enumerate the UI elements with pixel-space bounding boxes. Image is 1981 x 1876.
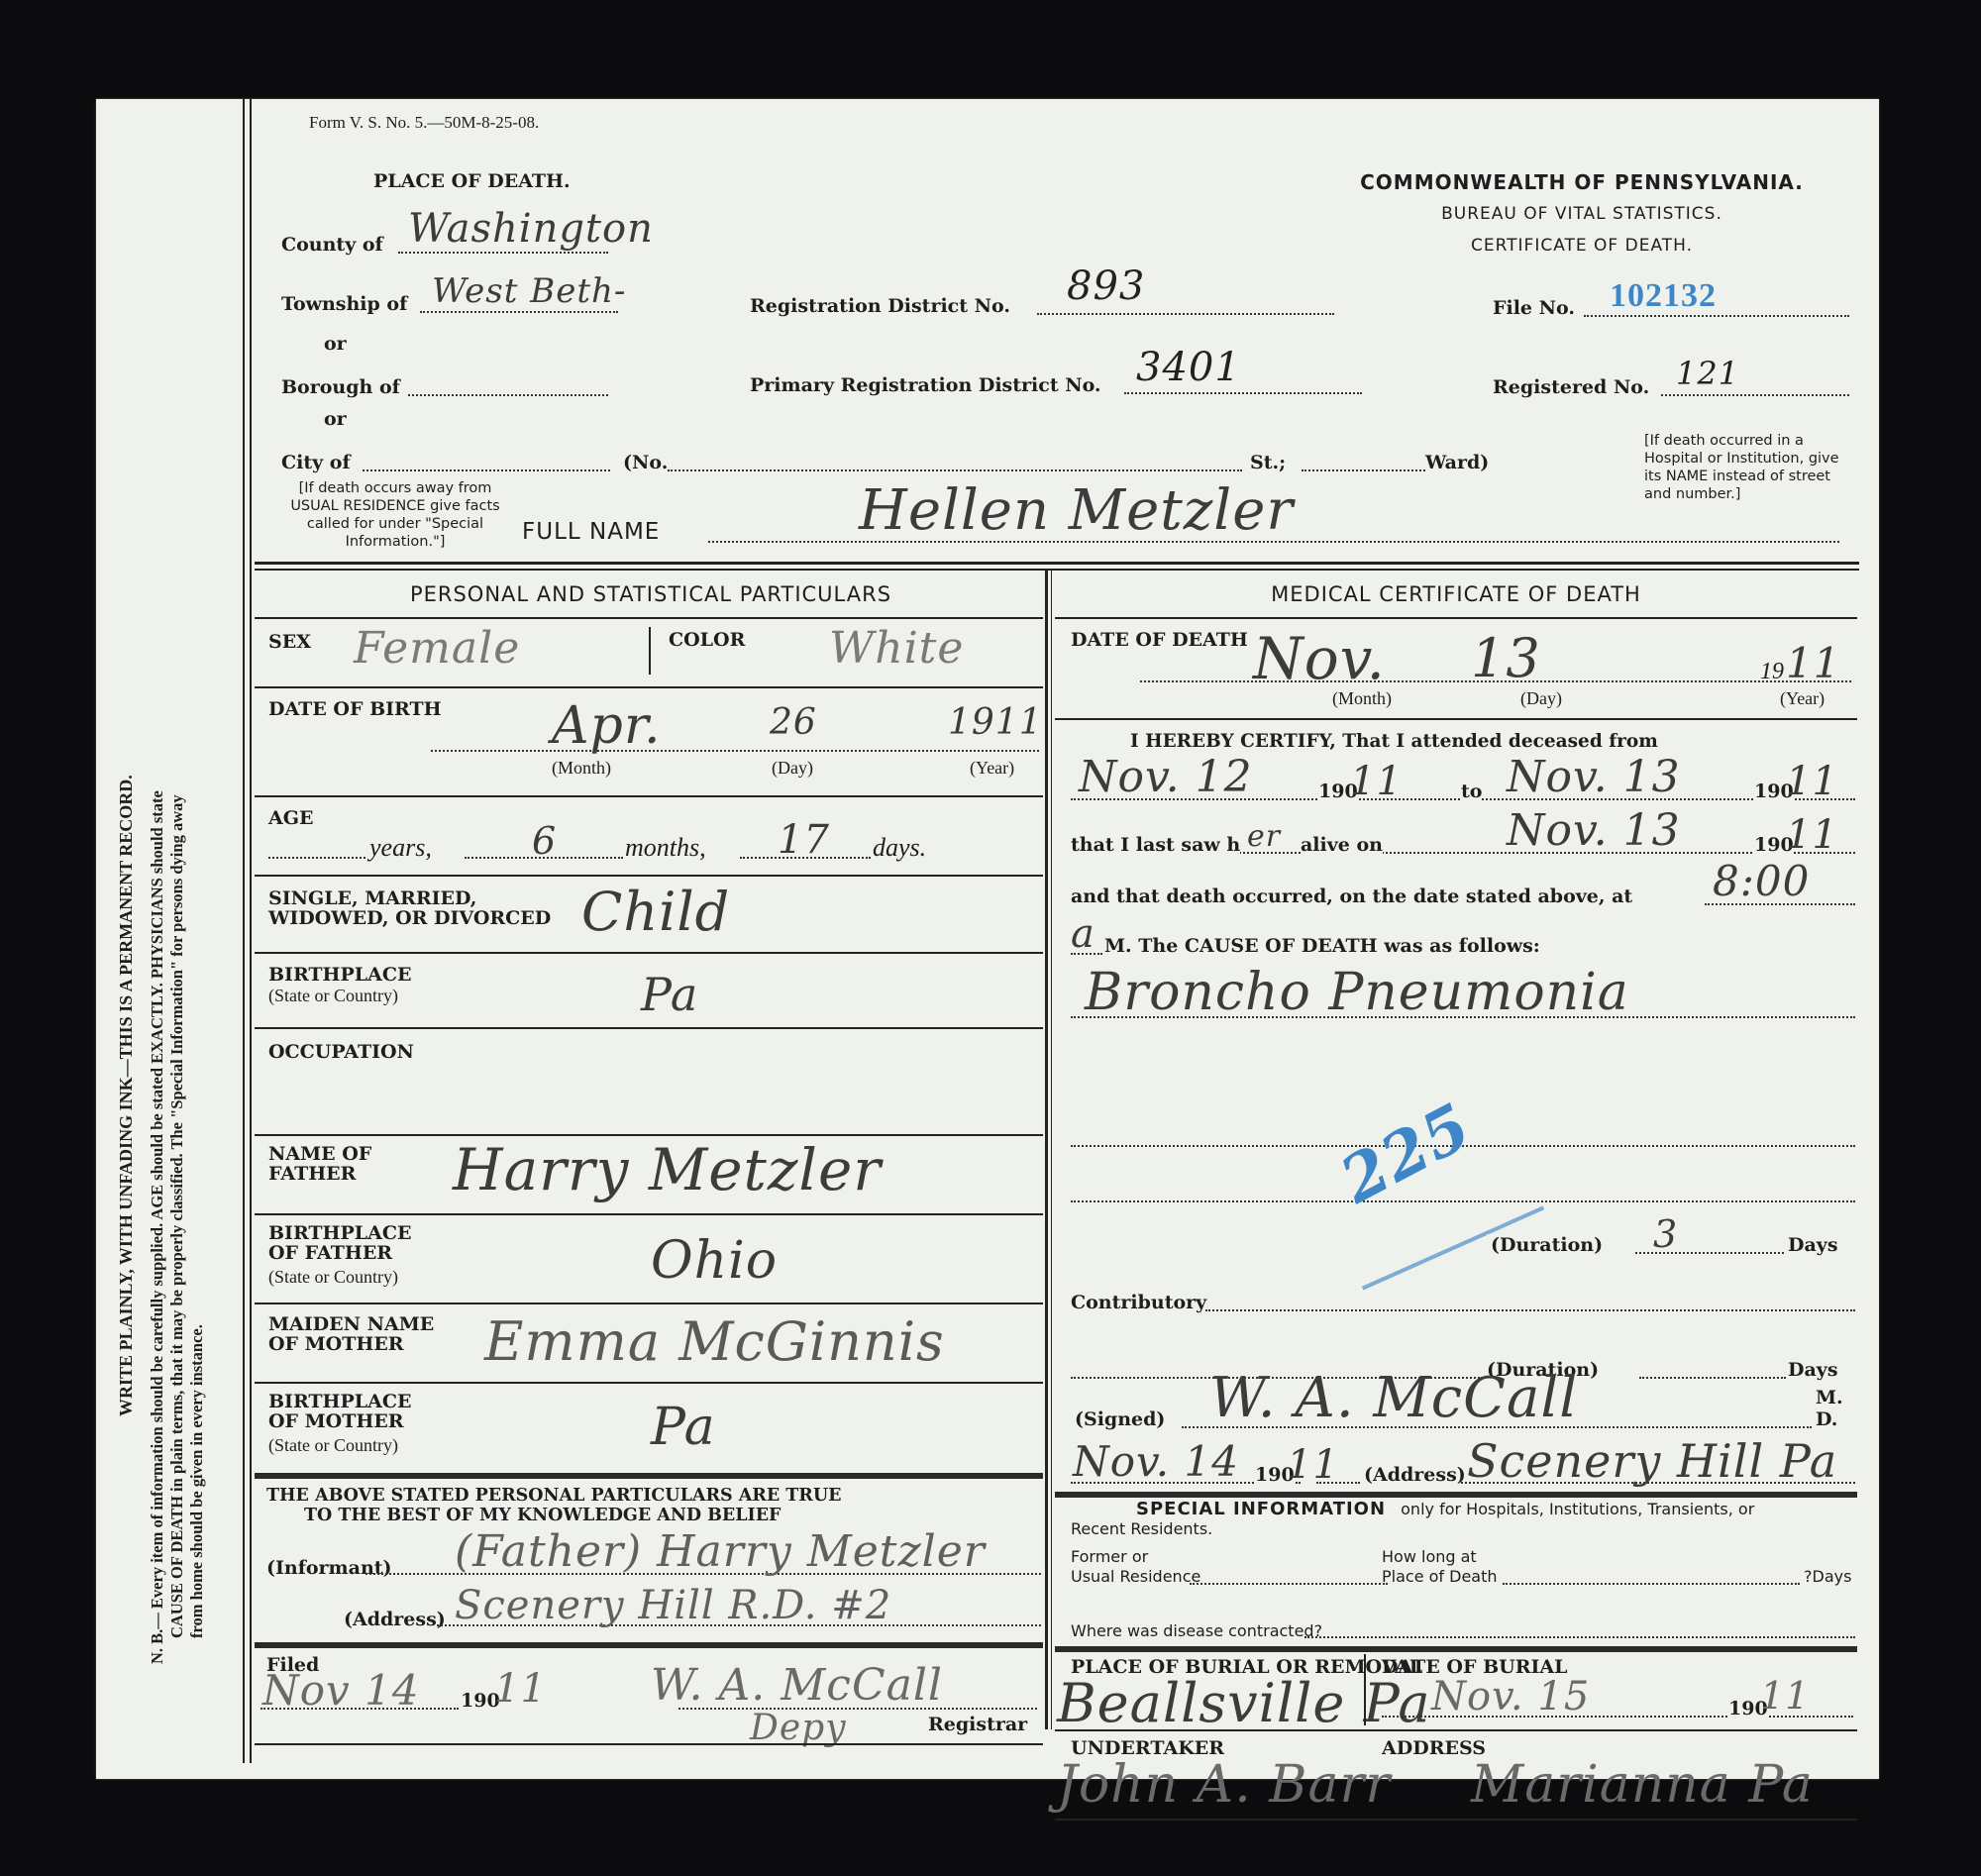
usual-residence-note: [If death occurs away from USUAL RESIDEN…	[281, 479, 509, 551]
how-long-label-2: Place of Death	[1382, 1567, 1498, 1587]
time-of-death-row[interactable]: and that death occurred, on the date sta…	[1071, 864, 1855, 913]
physician-address-value: Scenery Hill Pa	[1467, 1434, 1837, 1488]
disease-contracted-line	[1304, 1636, 1855, 1638]
ward-label: Ward)	[1425, 452, 1489, 473]
dod-month-caption: (Month)	[1332, 688, 1392, 709]
contributory-line	[1205, 1309, 1855, 1311]
age-row[interactable]: AGE years, 6 months, 17 days.	[255, 797, 1043, 875]
header-certificate-title: CERTIFICATE OF DEATH.	[1354, 236, 1810, 256]
medical-section-title: MEDICAL CERTIFICATE OF DEATH	[1055, 582, 1857, 606]
marital-label: SINGLE, MARRIED, WIDOWED, OR DIVORCED	[268, 888, 551, 928]
marital-status-row[interactable]: SINGLE, MARRIED, WIDOWED, OR DIVORCED Ch…	[255, 877, 1043, 952]
father-birthplace-value: Ohio	[651, 1231, 778, 1291]
disease-contracted-row[interactable]: Where was disease contracted?	[1071, 1616, 1855, 1642]
left-border-line	[243, 99, 245, 1763]
former-residence-label-1: Former or	[1071, 1547, 1148, 1567]
cause-of-death-value: Broncho Pneumonia	[1085, 963, 1629, 1022]
city-row: City of (No. St.; Ward)	[281, 446, 1490, 475]
header-bureau: BUREAU OF VITAL STATISTICS.	[1354, 204, 1810, 224]
how-long-line	[1503, 1583, 1800, 1585]
date-of-birth-row[interactable]: DATE OF BIRTH Apr. 26 1911 (Month) (Day)…	[255, 688, 1043, 795]
age-months-label: months,	[625, 833, 706, 863]
birthplace-label: BIRTHPLACE	[268, 964, 412, 986]
registered-no-label: Registered No.	[1493, 376, 1649, 398]
father-label-line-2: FATHER	[268, 1164, 371, 1184]
dob-month-caption: (Month)	[552, 758, 611, 779]
borough-line	[408, 394, 608, 396]
attended-dates-row[interactable]: Nov. 12 190 11 to Nov. 13 190 11	[1071, 759, 1855, 808]
full-name-field[interactable]: FULL NAME Hellen Metzler	[522, 491, 1839, 551]
attestation-text: THE ABOVE STATED PERSONAL PARTICULARS AR…	[266, 1486, 841, 1525]
mother-name-row[interactable]: MAIDEN NAME OF MOTHER Emma McGinnis	[255, 1304, 1043, 1382]
occupation-row[interactable]: OCCUPATION	[255, 1029, 1043, 1134]
registered-no-field[interactable]: Registered No. 121	[1493, 361, 1849, 400]
attestation-line-1: THE ABOVE STATED PERSONAL PARTICULARS AR…	[266, 1486, 841, 1506]
last-seen-date: Nov. 13	[1507, 805, 1681, 856]
mother-birthplace-state-country: (State or Country)	[268, 1435, 398, 1456]
filed-registrar-row[interactable]: Filed Nov 14 190 11 W. A. McCall Depy Re…	[255, 1650, 1043, 1739]
sex-color-row: SEX Female COLOR White	[255, 619, 1043, 686]
physician-date-address-row[interactable]: Nov. 14 190 11 (Address) Scenery Hill Pa	[1071, 1436, 1855, 1492]
physician-address-label: (Address)	[1364, 1464, 1466, 1486]
physician-signature: W. A. McCall	[1209, 1366, 1578, 1430]
residence-row[interactable]: Former or Usual Residence How long at Pl…	[1071, 1547, 1855, 1591]
attended-to-year: 11	[1786, 759, 1838, 804]
special-information-recent-residents: Recent Residents.	[1071, 1519, 1853, 1539]
primary-registration-label: Primary Registration District No.	[750, 374, 1101, 396]
last-saw-label: that I last saw h	[1071, 834, 1240, 856]
time-of-death-value: 8:00	[1713, 857, 1810, 905]
burial-date-value: Nov. 15	[1431, 1674, 1590, 1720]
registration-district-value: 893	[1067, 263, 1145, 309]
registration-district-line	[1037, 313, 1334, 315]
color-value[interactable]: White	[829, 623, 964, 674]
dod-month: Nov.	[1253, 625, 1386, 692]
informant-address-field[interactable]: (Address) Scenery Hill R.D. #2	[266, 1585, 1041, 1634]
section-divider-top-2	[255, 569, 1859, 571]
certify-text: I HEREBY CERTIFY, That I attended deceas…	[1130, 731, 1658, 752]
place-of-death-title: PLACE OF DEATH.	[373, 170, 571, 192]
dod-year-suffix: 11	[1786, 639, 1840, 687]
father-bp-label-line-1: BIRTHPLACE	[268, 1223, 412, 1243]
side-note-permanent-record: WRITE PLAINLY, WITH UNFADING INK—THIS IS…	[116, 775, 137, 1416]
registrar-deputy-note: Depy	[750, 1708, 847, 1748]
mother-bp-label-line-2: OF MOTHER	[268, 1411, 412, 1431]
cause-of-death-intro: M. The CAUSE OF DEATH was as follows:	[1104, 935, 1540, 957]
burial-year-suffix: 11	[1760, 1674, 1810, 1718]
birthplace-state-country: (State or Country)	[268, 986, 398, 1006]
undertaker-row[interactable]: UNDERTAKER John A. Barr ADDRESS Marianna…	[1055, 1731, 1857, 1821]
undertaker-address-value: Marianna Pa	[1471, 1755, 1814, 1815]
street-no-line[interactable]	[668, 469, 1242, 471]
dod-day: 13	[1471, 627, 1541, 689]
death-occurred-text: and that death occurred, on the date sta…	[1071, 886, 1632, 907]
birthplace-value: Pa	[641, 968, 698, 1021]
street-no-label: (No.	[623, 452, 668, 473]
county-line	[398, 252, 608, 254]
father-birthplace-label: BIRTHPLACE OF FATHER	[268, 1223, 412, 1263]
dob-month: Apr.	[552, 696, 662, 756]
undertaker-value: John A. Barr	[1057, 1755, 1391, 1815]
burial-row[interactable]: PLACE OF BURIAL OR REMOVAL Beallsville P…	[1055, 1652, 1857, 1731]
age-label: AGE	[268, 807, 313, 829]
primary-registration-value: 3401	[1136, 345, 1241, 390]
cause-intro-row: a M. The CAUSE OF DEATH was as follows:	[1071, 917, 1855, 963]
filed-date-value: Nov 14	[262, 1666, 420, 1715]
how-long-label-1: How long at	[1382, 1547, 1477, 1567]
bottom-rule-right	[1055, 1819, 1857, 1821]
physician-signature-row[interactable]: (Signed) W. A. McCall M. D.	[1071, 1377, 1855, 1436]
township-line	[420, 311, 618, 313]
mother-birthplace-row[interactable]: BIRTHPLACE OF MOTHER (State or Country) …	[255, 1384, 1043, 1473]
death-certificate-page: WRITE PLAINLY, WITH UNFADING INK—THIS IS…	[96, 99, 1879, 1779]
burial-divider	[1364, 1654, 1366, 1725]
dod-year-caption: (Year)	[1780, 688, 1825, 709]
sex-value[interactable]: Female	[354, 623, 520, 674]
contributory-label: Contributory	[1071, 1292, 1206, 1313]
form-number: Form V. S. No. 5.—50M-8-25-08.	[309, 113, 539, 133]
dob-line	[431, 750, 1039, 752]
city-line[interactable]	[363, 469, 610, 471]
last-seen-year: 11	[1786, 812, 1838, 858]
dob-year: 1911	[948, 702, 1043, 743]
mother-bp-label-line-1: BIRTHPLACE	[268, 1392, 412, 1411]
mother-label-line-2: OF MOTHER	[268, 1334, 434, 1354]
file-no-line	[1584, 315, 1849, 317]
sex-label: SEX	[268, 631, 311, 653]
side-note-nb: N. B.— Every item of information should …	[148, 790, 207, 1664]
attended-to-label: to	[1461, 781, 1482, 802]
informant-field[interactable]: (Informant) (Father) Harry Metzler	[266, 1525, 1041, 1585]
section-divider-top	[255, 562, 1859, 565]
father-bp-label-line-2: OF FATHER	[268, 1243, 412, 1263]
mother-name-value: Emma McGinnis	[484, 1310, 945, 1373]
left-border-line-inner	[250, 99, 252, 1763]
row-divider	[1055, 718, 1857, 720]
registrar-signature: W. A. McCall	[651, 1660, 943, 1711]
side-note-nb-line-1: N. B.— Every item of information should …	[148, 790, 167, 1664]
full-name-value: Hellen Metzler	[859, 478, 1294, 543]
marital-value: Child	[581, 881, 730, 943]
age-years-line	[268, 857, 365, 859]
sex-color-divider	[649, 627, 651, 675]
filed-year-suffix: 11	[494, 1666, 547, 1712]
marital-label-line-2: WIDOWED, OR DIVORCED	[268, 908, 551, 928]
father-birthplace-state-country: (State or Country)	[268, 1267, 398, 1288]
attended-to-date: Nov. 13	[1507, 752, 1681, 802]
file-no-field[interactable]: File No. 102132	[1493, 285, 1849, 321]
bottom-rule-left	[255, 1743, 1043, 1745]
last-seen-row[interactable]: that I last saw h er alive on Nov. 13 19…	[1071, 812, 1855, 862]
primary-duration-row[interactable]: (Duration) 3 Days	[1071, 1216, 1855, 1262]
signed-label: (Signed)	[1075, 1408, 1165, 1430]
birthplace-row[interactable]: BIRTHPLACE (State or Country) Pa	[255, 954, 1043, 1027]
ampm-value[interactable]: a	[1071, 911, 1095, 957]
registration-district-field[interactable]: Registration District No. 893	[750, 283, 1443, 319]
county-field[interactable]: County of Washington	[281, 218, 697, 258]
registered-no-value: 121	[1676, 355, 1739, 392]
ward-line[interactable]	[1302, 469, 1425, 471]
disease-contracted-label: Where was disease contracted?	[1071, 1621, 1322, 1640]
county-value: Washington	[408, 206, 654, 252]
special-information-title: SPECIAL INFORMATION	[1071, 1499, 1386, 1519]
father-birthplace-row[interactable]: BIRTHPLACE OF FATHER (State or Country) …	[255, 1215, 1043, 1303]
informant-value: (Father) Harry Metzler	[455, 1526, 986, 1577]
date-of-death-label: DATE OF DEATH	[1071, 629, 1248, 651]
father-name-row[interactable]: NAME OF FATHER Harry Metzler	[255, 1136, 1043, 1213]
cause-line-3[interactable]	[1071, 1200, 1855, 1202]
thick-divider	[255, 1473, 1043, 1479]
thick-divider	[255, 1642, 1043, 1648]
registrar-label: Registrar	[928, 1714, 1027, 1735]
duration-days-label: Days	[1788, 1234, 1838, 1256]
thick-divider	[1055, 1492, 1857, 1498]
age-years-label: years,	[369, 833, 432, 863]
cause-of-death-field[interactable]: Broncho Pneumonia	[1071, 967, 1855, 1026]
file-no-stamp: 102132	[1610, 277, 1717, 315]
informant-address-label: (Address)	[344, 1609, 446, 1630]
father-name-value: Harry Metzler	[453, 1136, 882, 1203]
full-name-label: FULL NAME	[522, 519, 660, 545]
dob-label: DATE OF BIRTH	[268, 698, 442, 720]
former-residence-label-2: Usual Residence	[1071, 1567, 1200, 1587]
column-divider-2	[1051, 571, 1052, 1729]
file-no-label: File No.	[1493, 297, 1575, 319]
mother-name-label: MAIDEN NAME OF MOTHER	[268, 1314, 434, 1354]
dob-year-caption: (Year)	[970, 758, 1014, 779]
city-label: City of	[281, 452, 351, 473]
primary-registration-field[interactable]: Primary Registration District No. 3401	[750, 363, 1463, 398]
burial-place-value: Beallsville Pa	[1057, 1672, 1431, 1734]
duration-value: 3	[1653, 1212, 1678, 1256]
attended-from-date: Nov. 12	[1079, 752, 1253, 802]
attestation-line-2: TO THE BEST OF MY KNOWLEDGE AND BELIEF	[266, 1506, 841, 1525]
age-months-value: 6	[532, 819, 557, 863]
contributory-row[interactable]: Contributory	[1071, 1274, 1855, 1319]
how-long-days-label: ?Days	[1804, 1567, 1851, 1587]
borough-field[interactable]: Borough of	[281, 366, 697, 400]
street-label: St.;	[1250, 452, 1286, 473]
occupation-label: OCCUPATION	[268, 1041, 414, 1063]
age-days-value: 17	[778, 817, 830, 863]
special-information-qualifier: only for Hospitals, Institutions, Transi…	[1391, 1500, 1754, 1518]
township-field[interactable]: Township of West Beth-	[281, 277, 697, 317]
mother-label-line-1: MAIDEN NAME	[268, 1314, 434, 1334]
special-information-header: SPECIAL INFORMATION only for Hospitals, …	[1071, 1500, 1853, 1539]
father-label-line-1: NAME OF	[268, 1144, 371, 1164]
borough-label: Borough of	[281, 376, 400, 398]
registration-district-label: Registration District No.	[750, 295, 1010, 317]
dob-day: 26	[770, 702, 817, 743]
md-label: M. D.	[1816, 1387, 1855, 1430]
blue-pencil-annotation: 225	[1329, 1090, 1484, 1218]
duration-label: (Duration)	[1487, 1234, 1607, 1256]
age-days-label: days.	[873, 833, 926, 863]
mother-birthplace-label: BIRTHPLACE OF MOTHER	[268, 1392, 412, 1431]
primary-registration-line	[1124, 392, 1362, 394]
side-note-nb-line-3: from home should be given in every insta…	[187, 790, 207, 1664]
last-saw-pronoun: er	[1247, 819, 1281, 854]
attended-from-year: 11	[1350, 759, 1403, 804]
color-label: COLOR	[669, 629, 745, 651]
header-commonwealth: COMMONWEALTH OF PENNSYLVANIA.	[1354, 170, 1810, 194]
dod-day-caption: (Day)	[1520, 688, 1562, 709]
mother-birthplace-value: Pa	[651, 1398, 716, 1457]
signed-date: Nov. 14	[1073, 1437, 1239, 1486]
marital-label-line-1: SINGLE, MARRIED,	[268, 888, 551, 908]
township-value: West Beth-	[432, 271, 626, 311]
dob-day-caption: (Day)	[772, 758, 813, 779]
father-name-label: NAME OF FATHER	[268, 1144, 371, 1184]
county-label: County of	[281, 234, 383, 256]
personal-section-title: PERSONAL AND STATISTICAL PARTICULARS	[260, 582, 1042, 606]
alive-on-label: alive on	[1301, 834, 1383, 856]
registered-no-line	[1661, 394, 1849, 396]
township-label: Township of	[281, 293, 407, 315]
or-separator-1: or	[324, 333, 347, 355]
informant-address-value: Scenery Hill R.D. #2	[455, 1583, 891, 1628]
column-divider	[1045, 571, 1048, 1729]
or-separator-2: or	[324, 408, 347, 430]
informant-label: (Informant)	[266, 1557, 392, 1579]
former-residence-line	[1190, 1583, 1388, 1585]
dod-year-prefix: 19	[1760, 659, 1784, 685]
side-note-nb-line-2: CAUSE OF DEATH in plain terms, that it m…	[167, 790, 187, 1664]
date-of-death-row[interactable]: DATE OF DEATH Nov. 13 19 11 (Month) (Day…	[1055, 619, 1857, 718]
signed-year-line	[1316, 1482, 1360, 1484]
